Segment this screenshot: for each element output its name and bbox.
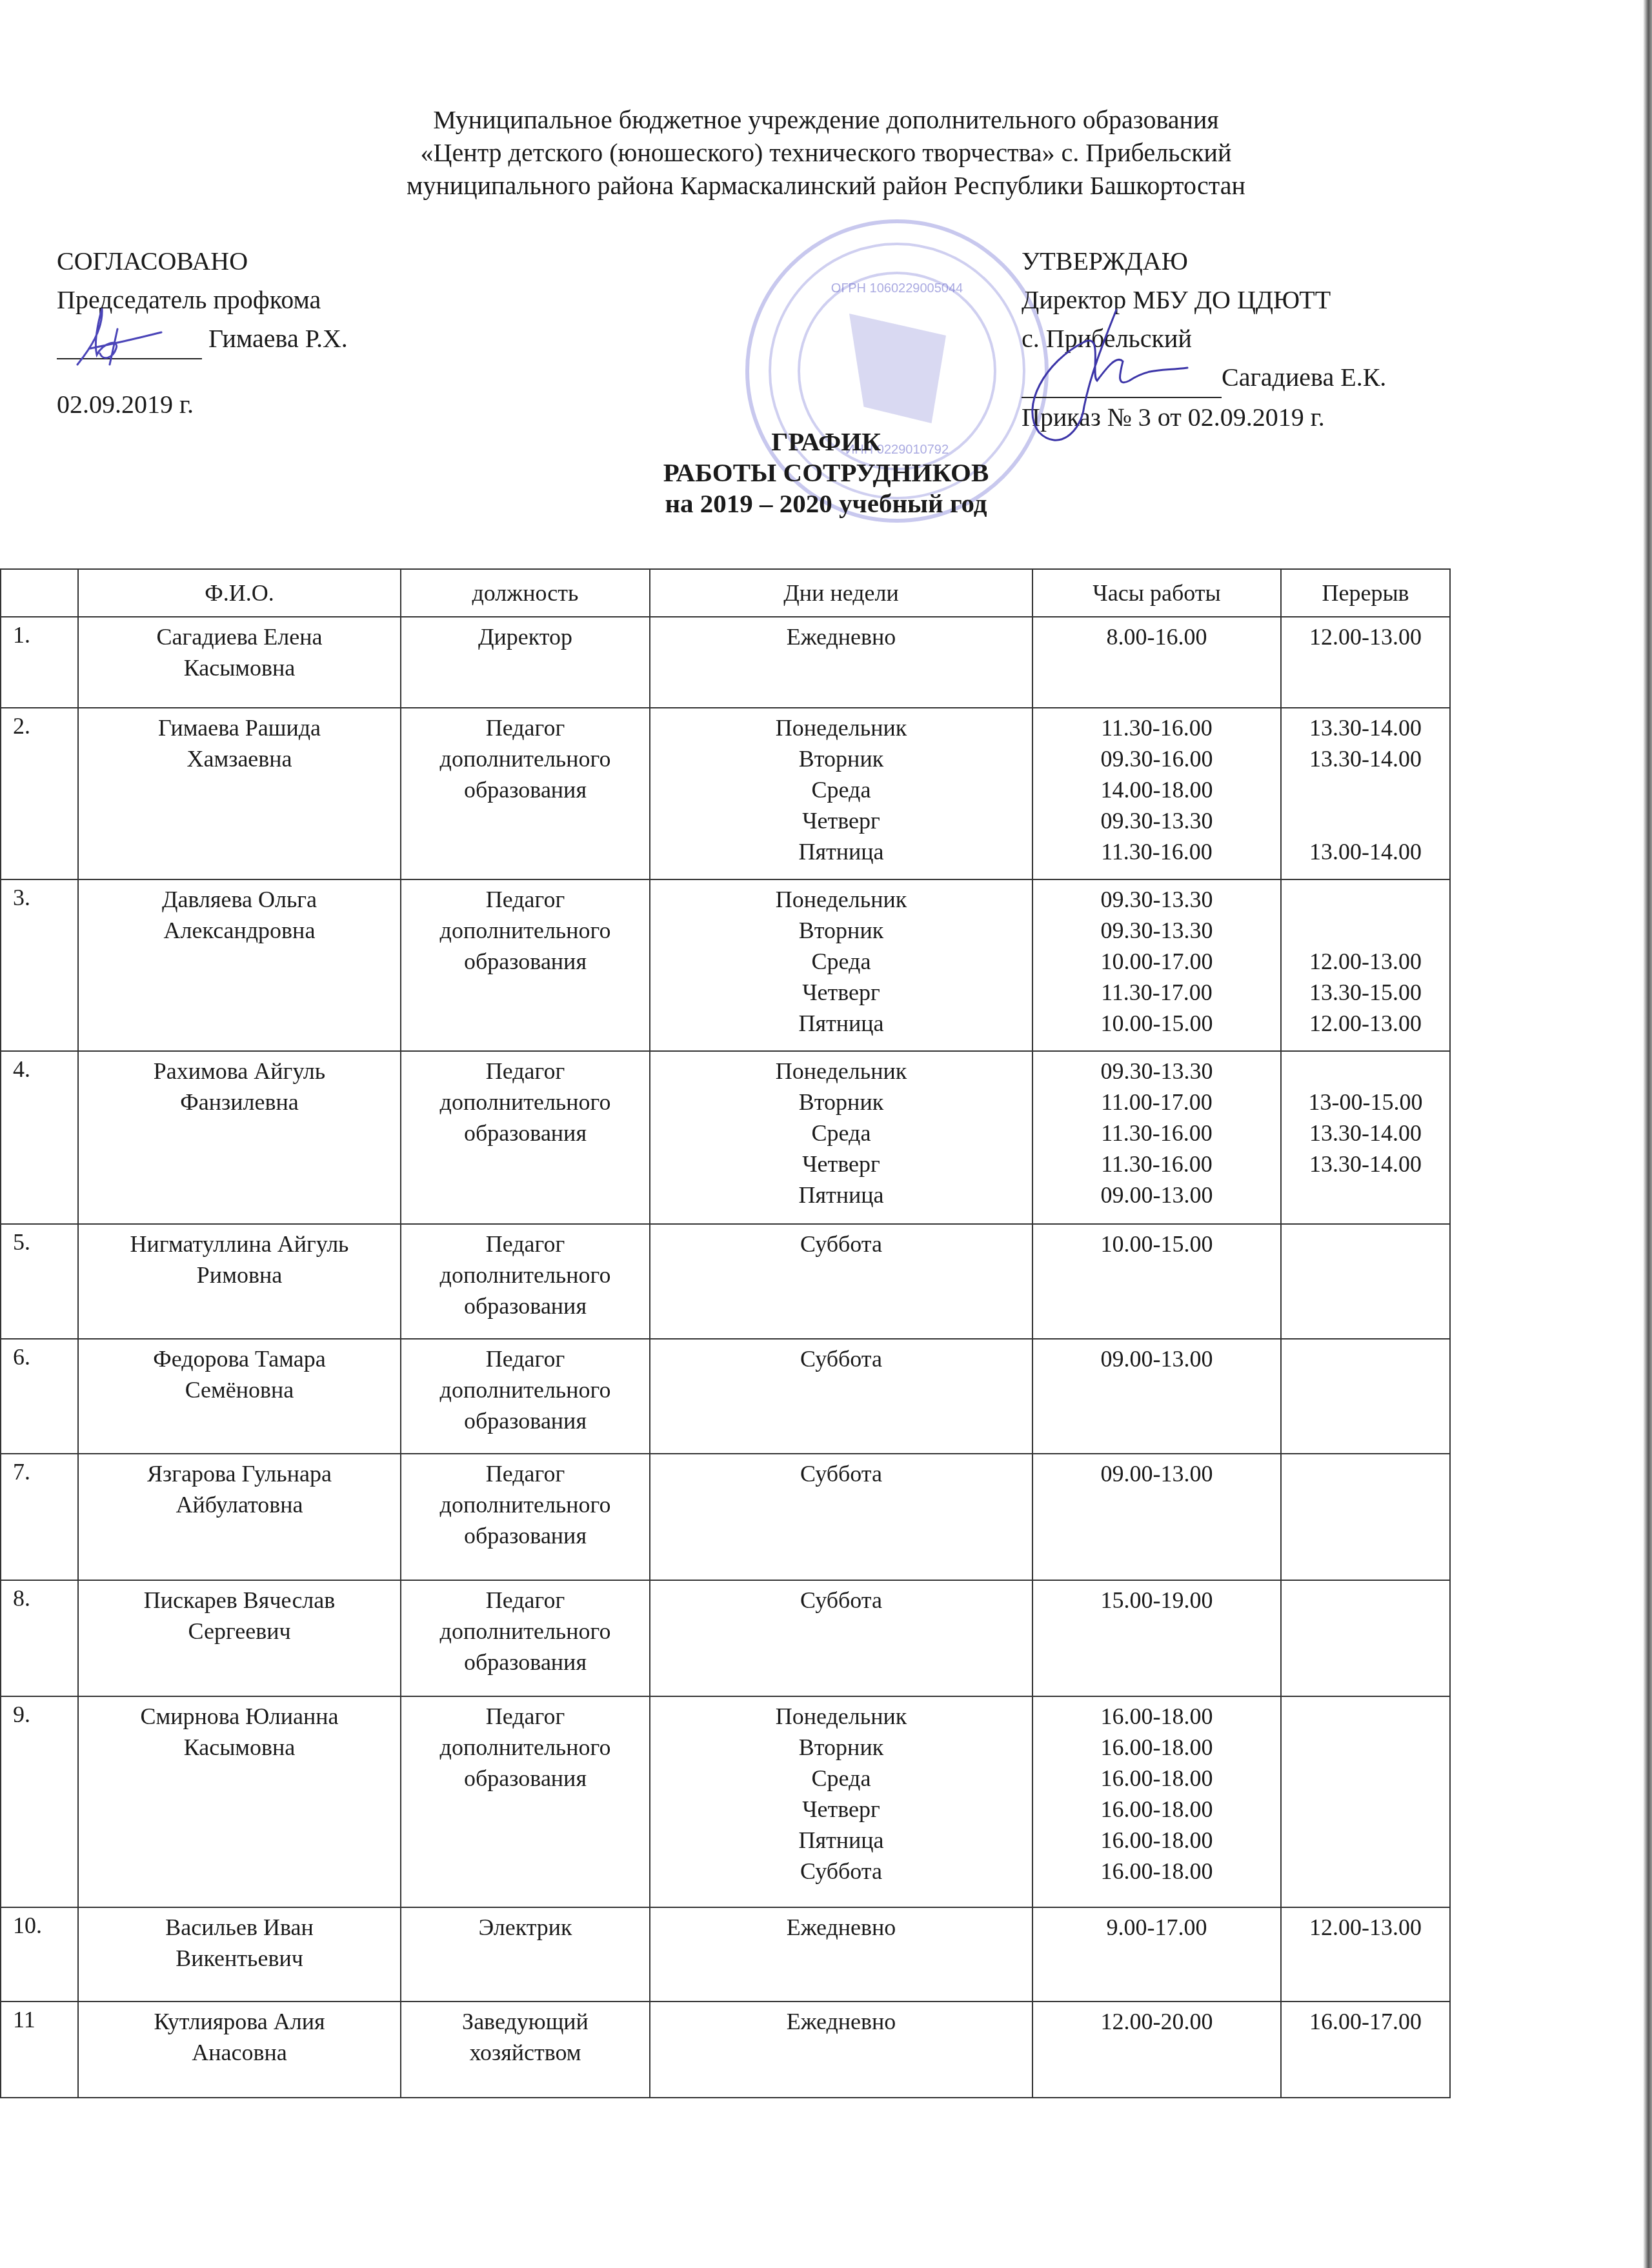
- cell-hours: 11.30-16.0009.30-16.0014.00-18.0009.30-1…: [1032, 708, 1281, 879]
- agreed-date: 02.09.2019 г.: [57, 385, 348, 424]
- cell-name: Федорова ТамараСемёновна: [78, 1339, 401, 1454]
- cell-hours: 09.30-13.3009.30-13.3010.00-17.0011.30-1…: [1032, 879, 1281, 1051]
- cell-position-line: дополнительного: [401, 1616, 649, 1647]
- cell-days: ПонедельникВторникСредаЧетвергПятницаСуб…: [650, 1696, 1032, 1907]
- cell-break-line: [1282, 1825, 1449, 1856]
- organization-header: Муниципальное бюджетное учреждение допол…: [0, 103, 1652, 202]
- table-row: 2.Гимаева РашидаХамзаевнаПедагогдополнит…: [1, 708, 1450, 879]
- cell-days-line: Понедельник: [650, 1056, 1032, 1087]
- cell-days-line: Понедельник: [650, 884, 1032, 915]
- cell-position-line: Заведующий: [401, 2006, 649, 2037]
- cell-days-line: Среда: [650, 1763, 1032, 1794]
- cell-days: ПонедельникВторникСредаЧетвергПятница: [650, 879, 1032, 1051]
- cell-position: Педагогдополнительногообразования: [401, 879, 650, 1051]
- cell-position: Педагогдополнительногообразования: [401, 708, 650, 879]
- cell-position: Директор: [401, 617, 650, 708]
- cell-name-line: Давляева Ольга: [79, 884, 400, 915]
- cell-days-line: Вторник: [650, 1732, 1032, 1763]
- cell-break-line: 16.00-17.00: [1282, 2006, 1449, 2037]
- cell-position: Педагогдополнительногообразования: [401, 1224, 650, 1339]
- cell-position-line: Педагог: [401, 712, 649, 743]
- cell-name-line: Гимаева Рашида: [79, 712, 400, 743]
- cell-position-line: Директор: [401, 621, 649, 652]
- cell-days: Ежедневно: [650, 2002, 1032, 2098]
- handwritten-signature-icon: [65, 303, 168, 374]
- column-header-hours: Часы работы: [1032, 569, 1281, 617]
- cell-days-line: Четверг: [650, 805, 1032, 836]
- cell-name: Давляева ОльгаАлександровна: [78, 879, 401, 1051]
- cell-break: [1281, 1454, 1450, 1580]
- cell-position-line: дополнительного: [401, 1087, 649, 1118]
- cell-hours-line: 16.00-18.00: [1033, 1856, 1280, 1887]
- cell-break: 12.00-13.00: [1281, 1907, 1450, 2002]
- cell-number: 9.: [1, 1696, 78, 1907]
- title-line: ГРАФИК: [0, 426, 1652, 457]
- cell-number: 3.: [1, 879, 78, 1051]
- cell-number: 11: [1, 2002, 78, 2098]
- cell-position-line: образования: [401, 1647, 649, 1678]
- title-line: РАБОТЫ СОТРУДНИКОВ: [0, 457, 1652, 488]
- cell-days-line: Вторник: [650, 915, 1032, 946]
- cell-hours: 09.00-13.00: [1032, 1454, 1281, 1580]
- cell-position-line: дополнительного: [401, 915, 649, 946]
- table-row: 5.Нигматуллина АйгульРимовнаПедагогдопол…: [1, 1224, 1450, 1339]
- cell-hours: 16.00-18.0016.00-18.0016.00-18.0016.00-1…: [1032, 1696, 1281, 1907]
- cell-name: Смирнова ЮлианнаКасымовна: [78, 1696, 401, 1907]
- cell-hours-line: 10.00-15.00: [1033, 1229, 1280, 1259]
- cell-position: Педагогдополнительногообразования: [401, 1454, 650, 1580]
- column-header-position: должность: [401, 569, 650, 617]
- cell-position-line: Педагог: [401, 1229, 649, 1259]
- cell-hours-line: 09.30-13.30: [1033, 805, 1280, 836]
- cell-hours-line: 10.00-17.00: [1033, 946, 1280, 977]
- cell-name-line: Айбулатовна: [79, 1489, 400, 1520]
- cell-break-line: 13.30-14.00: [1282, 743, 1449, 774]
- cell-days-line: Вторник: [650, 1087, 1032, 1118]
- cell-break-line: [1282, 805, 1449, 836]
- cell-position-line: образования: [401, 1405, 649, 1436]
- cell-break-line: [1282, 1701, 1449, 1732]
- cell-position-line: дополнительного: [401, 743, 649, 774]
- approved-signatory: Сагадиева Е.К.: [1222, 363, 1386, 392]
- cell-hours-line: 10.00-15.00: [1033, 1008, 1280, 1039]
- cell-break-line: [1282, 1794, 1449, 1825]
- cell-break: 16.00-17.00: [1281, 2002, 1450, 2098]
- cell-position-line: Педагог: [401, 884, 649, 915]
- cell-hours: 09.30-13.3011.00-17.0011.30-16.0011.30-1…: [1032, 1051, 1281, 1224]
- approved-title: УТВЕРЖДАЮ: [1022, 242, 1386, 281]
- cell-hours-line: 16.00-18.00: [1033, 1701, 1280, 1732]
- cell-position-line: образования: [401, 1520, 649, 1551]
- cell-days: Ежедневно: [650, 617, 1032, 708]
- cell-days-line: Среда: [650, 1118, 1032, 1149]
- cell-hours-line: 14.00-18.00: [1033, 774, 1280, 805]
- cell-days-line: Ежедневно: [650, 2006, 1032, 2037]
- cell-hours-line: 11.30-16.00: [1033, 712, 1280, 743]
- cell-number: 6.: [1, 1339, 78, 1454]
- cell-name-line: Викентьевич: [79, 1943, 400, 1974]
- cell-position-line: дополнительного: [401, 1732, 649, 1763]
- cell-hours-line: 12.00-20.00: [1033, 2006, 1280, 2037]
- table-header-row: Ф.И.О. должность Дни недели Часы работы …: [1, 569, 1450, 617]
- cell-hours-line: 16.00-18.00: [1033, 1732, 1280, 1763]
- cell-number: 4.: [1, 1051, 78, 1224]
- cell-break-line: 13.00-14.00: [1282, 836, 1449, 867]
- cell-number: 7.: [1, 1454, 78, 1580]
- cell-position-line: Педагог: [401, 1458, 649, 1489]
- cell-break-line: [1282, 1343, 1449, 1374]
- org-line: Муниципальное бюджетное учреждение допол…: [0, 103, 1652, 136]
- cell-hours-line: 11.00-17.00: [1033, 1087, 1280, 1118]
- cell-position: Педагогдополнительногообразования: [401, 1051, 650, 1224]
- cell-break: 13.30-14.0013.30-14.00 13.00-14.00: [1281, 708, 1450, 879]
- cell-days: Суббота: [650, 1580, 1032, 1696]
- cell-name-line: Смирнова Юлианна: [79, 1701, 400, 1732]
- cell-break: [1281, 1696, 1450, 1907]
- cell-break-line: 13.30-14.00: [1282, 712, 1449, 743]
- table-row: 6.Федорова ТамараСемёновнаПедагогдополни…: [1, 1339, 1450, 1454]
- cell-hours-line: 09.00-13.00: [1033, 1179, 1280, 1210]
- cell-name-line: Фанзилевна: [79, 1087, 400, 1118]
- cell-name-line: Касымовна: [79, 652, 400, 683]
- cell-hours-line: 11.30-16.00: [1033, 1149, 1280, 1179]
- cell-hours-line: 11.30-17.00: [1033, 977, 1280, 1008]
- cell-break-line: 13-00-15.00: [1282, 1087, 1449, 1118]
- cell-hours: 10.00-15.00: [1032, 1224, 1281, 1339]
- cell-days: ПонедельникВторникСредаЧетвергПятница: [650, 708, 1032, 879]
- cell-name-line: Сергеевич: [79, 1616, 400, 1647]
- column-header-days: Дни недели: [650, 569, 1032, 617]
- cell-number: 10.: [1, 1907, 78, 2002]
- cell-hours-line: 09.00-13.00: [1033, 1458, 1280, 1489]
- table-row: 1.Сагадиева ЕленаКасымовнаДиректорЕжедне…: [1, 617, 1450, 708]
- cell-name: Сагадиева ЕленаКасымовна: [78, 617, 401, 708]
- cell-break-line: [1282, 774, 1449, 805]
- cell-name: Васильев ИванВикентьевич: [78, 1907, 401, 2002]
- cell-days-line: Пятница: [650, 836, 1032, 867]
- cell-hours-line: 09.30-13.30: [1033, 1056, 1280, 1087]
- cell-break-line: [1282, 1458, 1449, 1489]
- cell-break-line: [1282, 1229, 1449, 1259]
- cell-name-line: Римовна: [79, 1259, 400, 1290]
- cell-hours-line: 15.00-19.00: [1033, 1585, 1280, 1616]
- cell-hours: 8.00-16.00: [1032, 617, 1281, 708]
- cell-position-line: хозяйством: [401, 2037, 649, 2068]
- cell-hours-line: 9.00-17.00: [1033, 1912, 1280, 1943]
- cell-position-line: Педагог: [401, 1056, 649, 1087]
- cell-days-line: Понедельник: [650, 712, 1032, 743]
- cell-days-line: Суббота: [650, 1229, 1032, 1259]
- cell-name-line: Язгарова Гульнара: [79, 1458, 400, 1489]
- cell-position: Заведующийхозяйством: [401, 2002, 650, 2098]
- cell-number: 8.: [1, 1580, 78, 1696]
- cell-days-line: Среда: [650, 946, 1032, 977]
- cell-position-line: дополнительного: [401, 1374, 649, 1405]
- column-header-number: [1, 569, 78, 617]
- org-line: «Центр детского (юношеского) техническог…: [0, 136, 1652, 169]
- cell-hours: 9.00-17.00: [1032, 1907, 1281, 2002]
- cell-name-line: Рахимова Айгуль: [79, 1056, 400, 1087]
- cell-position-line: образования: [401, 774, 649, 805]
- cell-position-line: Педагог: [401, 1343, 649, 1374]
- cell-break-line: [1282, 884, 1449, 915]
- cell-position-line: образования: [401, 946, 649, 977]
- cell-hours-line: 11.30-16.00: [1033, 1118, 1280, 1149]
- table-row: 4.Рахимова АйгульФанзилевнаПедагогдополн…: [1, 1051, 1450, 1224]
- cell-days-line: Пятница: [650, 1825, 1032, 1856]
- cell-number: 1.: [1, 617, 78, 708]
- title-line: на 2019 – 2020 учебный год: [0, 488, 1652, 519]
- cell-position-line: образования: [401, 1290, 649, 1321]
- cell-hours: 09.00-13.00: [1032, 1339, 1281, 1454]
- cell-hours-line: 16.00-18.00: [1033, 1763, 1280, 1794]
- cell-days: Ежедневно: [650, 1907, 1032, 2002]
- cell-position-line: образования: [401, 1763, 649, 1794]
- cell-name-line: Кутлиярова Алия: [79, 2006, 400, 2037]
- cell-position-line: дополнительного: [401, 1489, 649, 1520]
- cell-name-line: Хамзаевна: [79, 743, 400, 774]
- cell-name-line: Федорова Тамара: [79, 1343, 400, 1374]
- column-header-break: Перерыв: [1281, 569, 1450, 617]
- cell-days-line: Ежедневно: [650, 1912, 1032, 1943]
- org-line: муниципального района Кармаскалинский ра…: [0, 169, 1652, 202]
- cell-name: Язгарова ГульнараАйбулатовна: [78, 1454, 401, 1580]
- cell-days-line: Четверг: [650, 1149, 1032, 1179]
- cell-days-line: Суббота: [650, 1585, 1032, 1616]
- cell-hours-line: 16.00-18.00: [1033, 1825, 1280, 1856]
- cell-break-line: 13.30-15.00: [1282, 977, 1449, 1008]
- cell-days-line: Суббота: [650, 1856, 1032, 1887]
- cell-name-line: Анасовна: [79, 2037, 400, 2068]
- cell-name-line: Сагадиева Елена: [79, 621, 400, 652]
- cell-break-line: [1282, 1732, 1449, 1763]
- cell-break: 12.00-13.00: [1281, 617, 1450, 708]
- cell-days-line: Пятница: [650, 1179, 1032, 1210]
- cell-days: ПонедельникВторникСредаЧетвергПятница: [650, 1051, 1032, 1224]
- cell-number: 2.: [1, 708, 78, 879]
- table-row: 9.Смирнова ЮлианнаКасымовнаПедагогдополн…: [1, 1696, 1450, 1907]
- cell-days-line: Понедельник: [650, 1701, 1032, 1732]
- cell-break-line: [1282, 1856, 1449, 1887]
- cell-position: Педагогдополнительногообразования: [401, 1696, 650, 1907]
- cell-hours: 15.00-19.00: [1032, 1580, 1281, 1696]
- scan-edge-shadow: [1643, 0, 1652, 2268]
- cell-hours-line: 09.30-13.30: [1033, 884, 1280, 915]
- cell-days-line: Суббота: [650, 1343, 1032, 1374]
- cell-break-line: 12.00-13.00: [1282, 946, 1449, 977]
- table-row: 10.Васильев ИванВикентьевичЭлектрикЕжедн…: [1, 1907, 1450, 2002]
- cell-break-line: [1282, 1179, 1449, 1210]
- cell-name: Рахимова АйгульФанзилевна: [78, 1051, 401, 1224]
- document-title: ГРАФИК РАБОТЫ СОТРУДНИКОВ на 2019 – 2020…: [0, 426, 1652, 519]
- cell-break: [1281, 1224, 1450, 1339]
- schedule-table: Ф.И.О. должность Дни недели Часы работы …: [0, 568, 1451, 2098]
- cell-days-line: Суббота: [650, 1458, 1032, 1489]
- cell-break: [1281, 1339, 1450, 1454]
- cell-days-line: Пятница: [650, 1008, 1032, 1039]
- cell-break-line: [1282, 1585, 1449, 1616]
- cell-break-line: [1282, 1763, 1449, 1794]
- cell-name-line: Нигматуллина Айгуль: [79, 1229, 400, 1259]
- cell-position: Электрик: [401, 1907, 650, 2002]
- cell-days-line: Вторник: [650, 743, 1032, 774]
- table-row: 7.Язгарова ГульнараАйбулатовнаПедагогдоп…: [1, 1454, 1450, 1580]
- table-row: 11Кутлиярова АлияАнасовнаЗаведующийхозяй…: [1, 2002, 1450, 2098]
- cell-hours-line: 16.00-18.00: [1033, 1794, 1280, 1825]
- cell-break-line: 12.00-13.00: [1282, 1008, 1449, 1039]
- cell-break-line: 13.30-14.00: [1282, 1118, 1449, 1149]
- stamp-ogrn: ОГРН 1060229005044: [749, 281, 1045, 296]
- cell-break-line: 13.30-14.00: [1282, 1149, 1449, 1179]
- agreed-signatory: Гимаева Р.Х.: [208, 324, 348, 353]
- cell-days-line: Четверг: [650, 977, 1032, 1008]
- column-header-name: Ф.И.О.: [78, 569, 401, 617]
- cell-number: 5.: [1, 1224, 78, 1339]
- cell-days-line: Среда: [650, 774, 1032, 805]
- cell-name-line: Александровна: [79, 915, 400, 946]
- cell-days: Суббота: [650, 1454, 1032, 1580]
- cell-hours-line: 8.00-16.00: [1033, 621, 1280, 652]
- cell-days: Суббота: [650, 1224, 1032, 1339]
- cell-name-line: Касымовна: [79, 1732, 400, 1763]
- cell-name-line: Семёновна: [79, 1374, 400, 1405]
- cell-hours-line: 09.00-13.00: [1033, 1343, 1280, 1374]
- cell-hours: 12.00-20.00: [1032, 2002, 1281, 2098]
- cell-days-line: Ежедневно: [650, 621, 1032, 652]
- cell-days: Суббота: [650, 1339, 1032, 1454]
- cell-name-line: Пискарев Вячеслав: [79, 1585, 400, 1616]
- cell-break: [1281, 1580, 1450, 1696]
- cell-break-line: 12.00-13.00: [1282, 621, 1449, 652]
- cell-position-line: Электрик: [401, 1912, 649, 1943]
- table-body: 1.Сагадиева ЕленаКасымовнаДиректорЕжедне…: [1, 617, 1450, 2098]
- cell-name: Гимаева РашидаХамзаевна: [78, 708, 401, 879]
- cell-position: Педагогдополнительногообразования: [401, 1580, 650, 1696]
- cell-break-line: [1282, 915, 1449, 946]
- cell-name: Кутлиярова АлияАнасовна: [78, 2002, 401, 2098]
- cell-name-line: Васильев Иван: [79, 1912, 400, 1943]
- cell-position-line: Педагог: [401, 1701, 649, 1732]
- cell-break: 12.00-13.0013.30-15.0012.00-13.00: [1281, 879, 1450, 1051]
- cell-days-line: Четверг: [650, 1794, 1032, 1825]
- cell-hours-line: 09.30-16.00: [1033, 743, 1280, 774]
- cell-name: Нигматуллина АйгульРимовна: [78, 1224, 401, 1339]
- cell-name: Пискарев ВячеславСергеевич: [78, 1580, 401, 1696]
- cell-break-line: [1282, 1056, 1449, 1087]
- cell-hours-line: 09.30-13.30: [1033, 915, 1280, 946]
- table-row: 8.Пискарев ВячеславСергеевичПедагогдопол…: [1, 1580, 1450, 1696]
- cell-break: 13-00-15.0013.30-14.0013.30-14.00: [1281, 1051, 1450, 1224]
- cell-hours-line: 11.30-16.00: [1033, 836, 1280, 867]
- cell-position-line: образования: [401, 1118, 649, 1149]
- cell-break-line: 12.00-13.00: [1282, 1912, 1449, 1943]
- cell-position-line: Педагог: [401, 1585, 649, 1616]
- table-row: 3.Давляева ОльгаАлександровнаПедагогдопо…: [1, 879, 1450, 1051]
- agreed-title: СОГЛАСОВАНО: [57, 242, 348, 281]
- cell-position: Педагогдополнительногообразования: [401, 1339, 650, 1454]
- cell-position-line: дополнительного: [401, 1259, 649, 1290]
